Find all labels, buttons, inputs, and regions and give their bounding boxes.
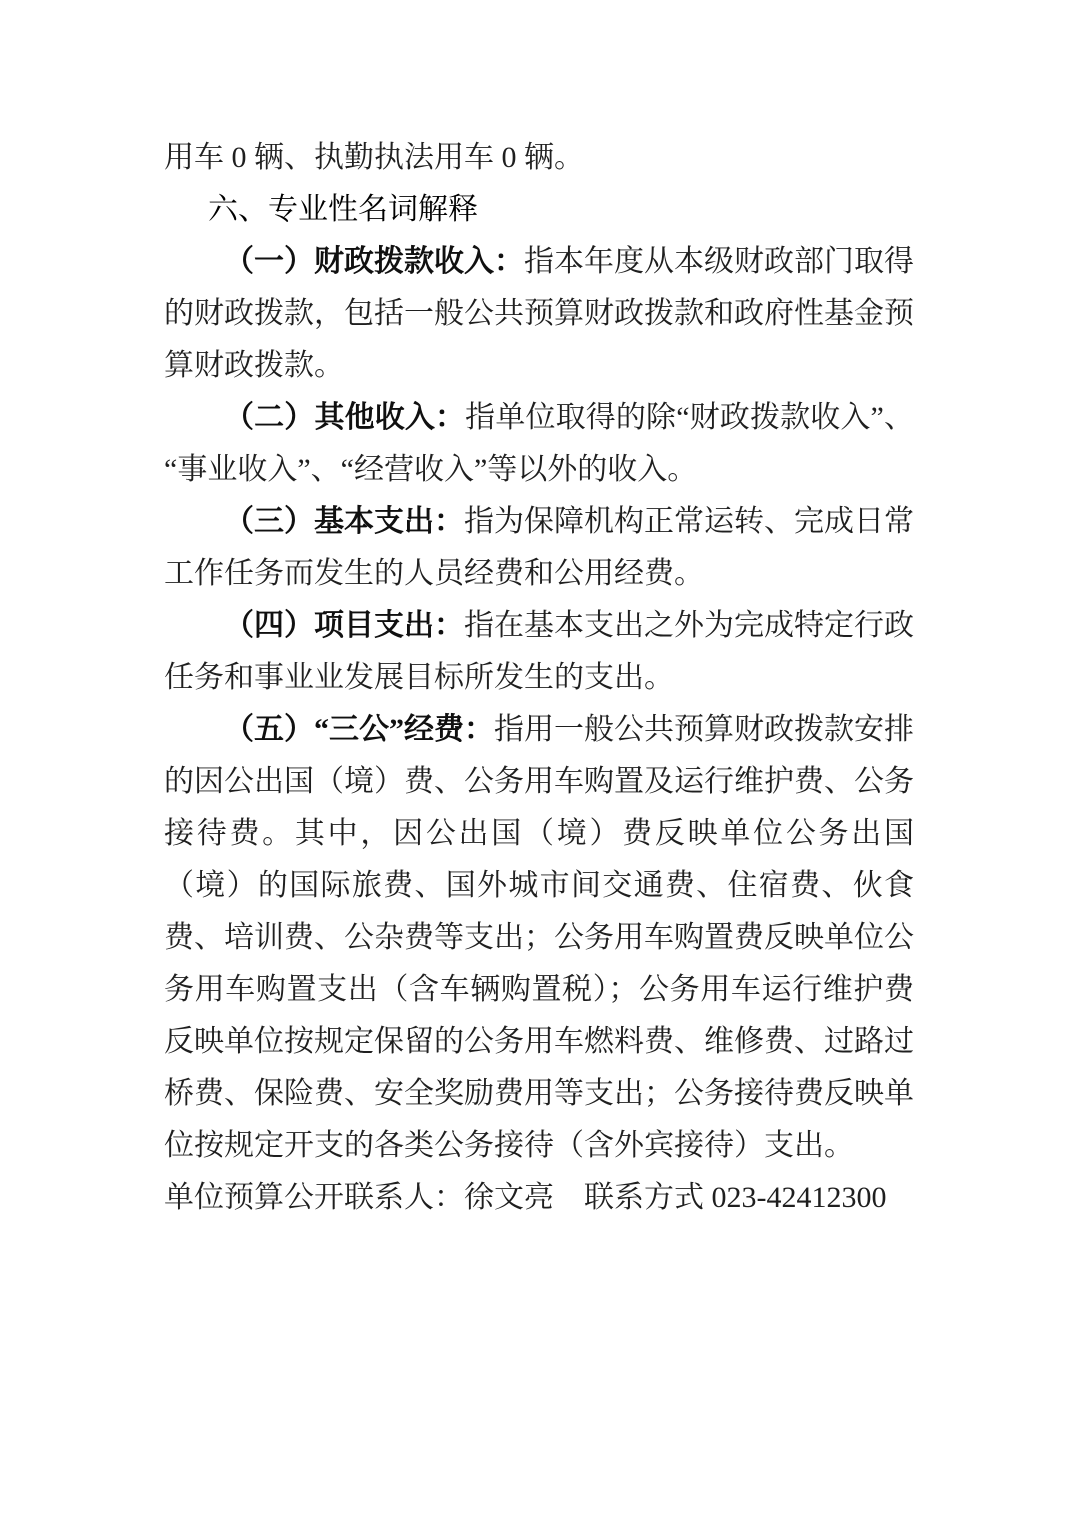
term-label-4: （四）项目支出：	[224, 609, 464, 642]
term-label-1: （一）财政拨款收入：	[224, 245, 524, 278]
term-paragraph-3: （三）基本支出：指为保障机构正常运转、完成日常工作任务而发生的人员经费和公用经费…	[164, 496, 914, 600]
term-label-5: （五）“三公”经费：	[224, 713, 494, 746]
section-heading: 六、专业性名词解释	[164, 184, 914, 236]
term-definition-5: 指用一般公共预算财政拨款安排的因公出国（境）费、公务用车购置及运行维护费、公务接…	[164, 713, 914, 1162]
term-paragraph-5: （五）“三公”经费：指用一般公共预算财政拨款安排的因公出国（境）费、公务用车购置…	[164, 704, 914, 1172]
term-paragraph-2: （二）其他收入：指单位取得的除“财政拨款收入”、“事业收入”、“经营收入”等以外…	[164, 392, 914, 496]
term-paragraph-1: （一）财政拨款收入：指本年度从本级财政部门取得的财政拨款，包括一般公共预算财政拨…	[164, 236, 914, 392]
term-label-3: （三）基本支出：	[224, 505, 464, 538]
document-page: 用车 0 辆、执勤执法用车 0 辆。 六、专业性名词解释 （一）财政拨款收入：指…	[0, 0, 1074, 1520]
contact-line: 单位预算公开联系人：徐文亮 联系方式 023-42412300	[164, 1172, 914, 1224]
term-paragraph-4: （四）项目支出：指在基本支出之外为完成特定行政任务和事业业发展目标所发生的支出。	[164, 600, 914, 704]
intro-line: 用车 0 辆、执勤执法用车 0 辆。	[164, 132, 914, 184]
term-label-2: （二）其他收入：	[224, 401, 465, 434]
